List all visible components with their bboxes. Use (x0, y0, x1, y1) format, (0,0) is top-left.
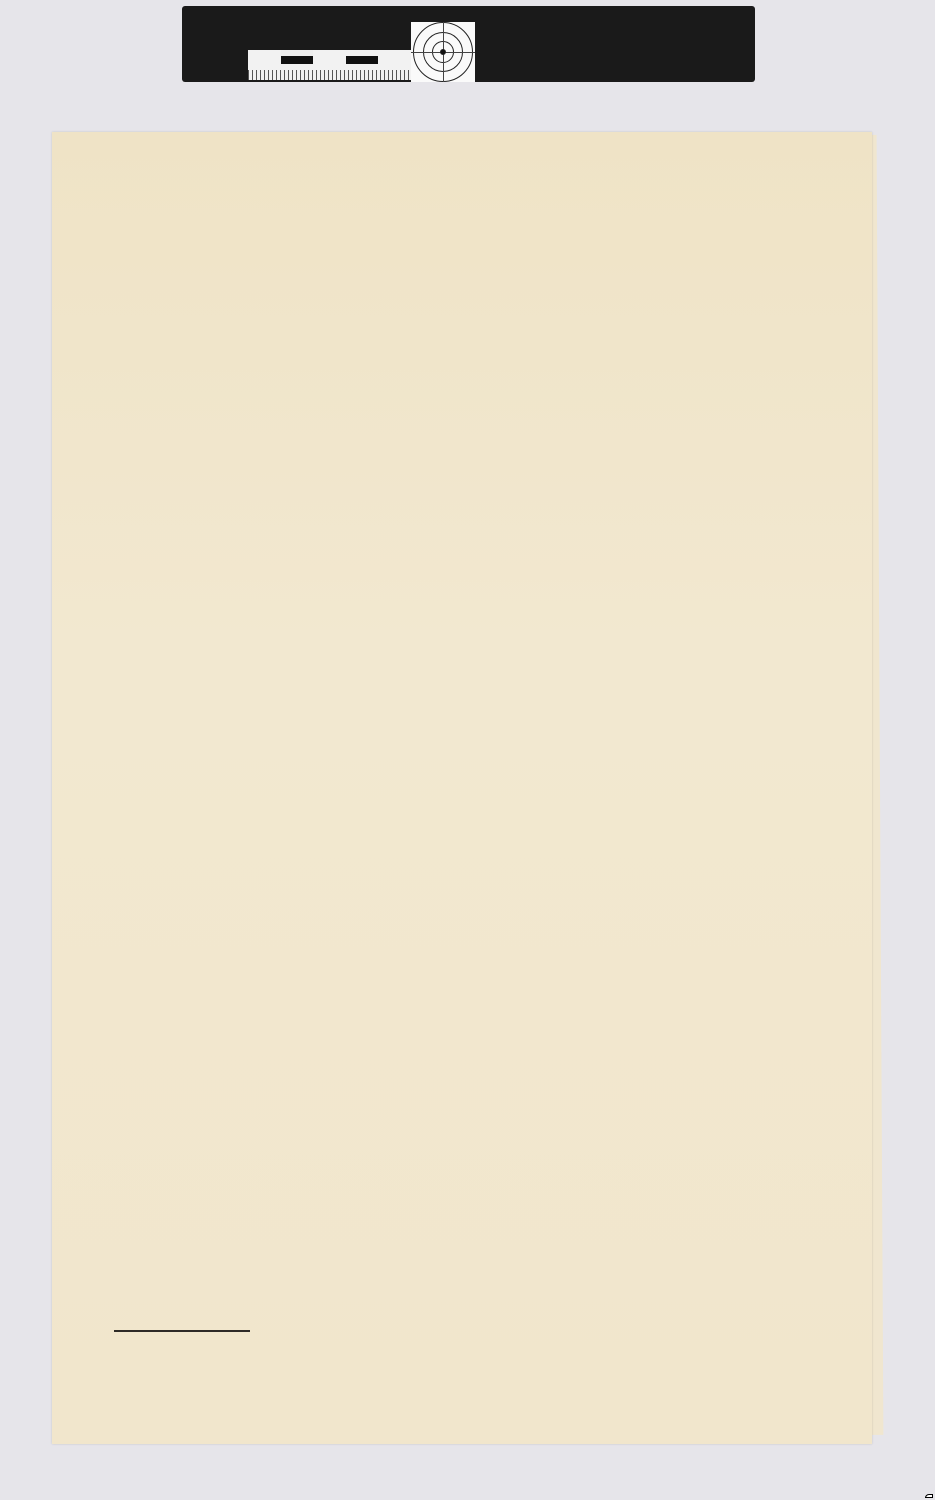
document-page (52, 132, 872, 1444)
sum-rule (114, 1330, 250, 1332)
color-calibration-target (182, 6, 755, 82)
catalog-id (925, 1494, 933, 1498)
bullseye-target-icon (411, 22, 475, 82)
scale-ruler (248, 50, 411, 80)
